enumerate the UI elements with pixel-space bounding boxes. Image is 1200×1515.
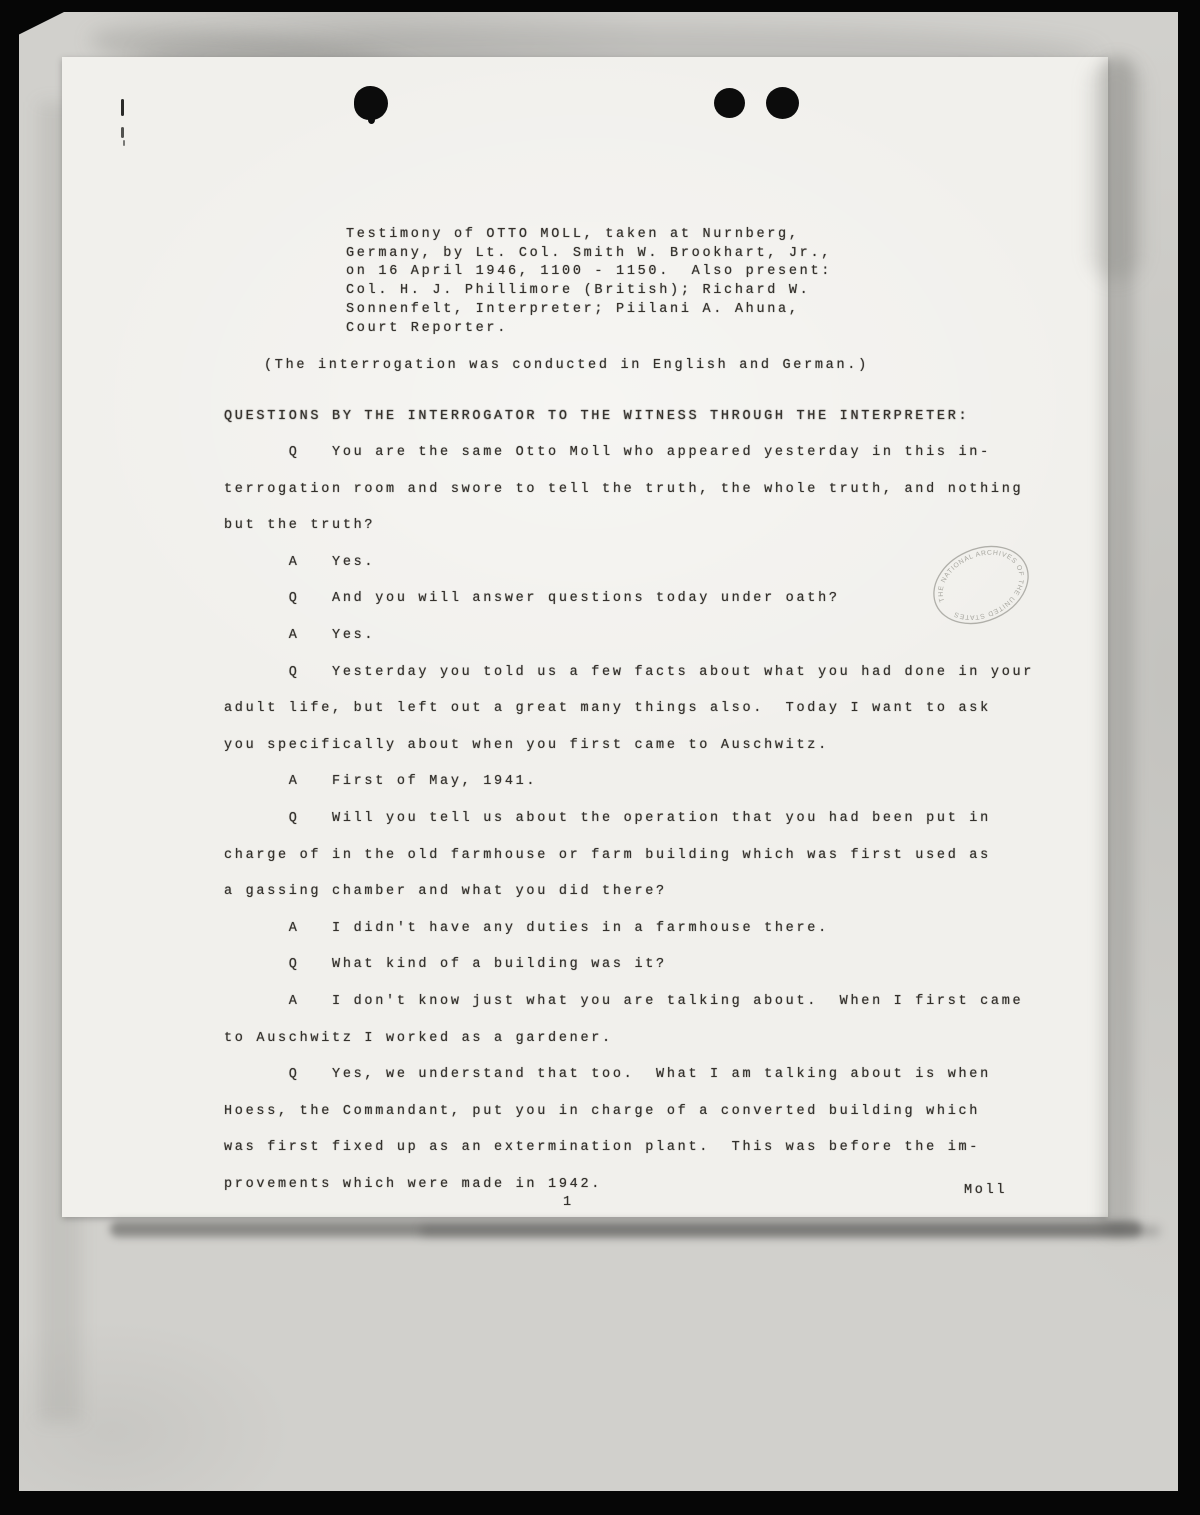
stamp-text: THE NATIONAL ARCHIVES OF THE UNITED STAT…	[926, 536, 1035, 633]
witness-name-footer: Moll	[964, 1182, 1007, 1200]
document-page: Testimony of OTTO MOLL, taken at Nurnber…	[62, 57, 1108, 1217]
hole-punch-icon	[714, 88, 745, 118]
hole-punch-icon	[766, 87, 799, 119]
scratch-mark	[121, 127, 124, 138]
scratch-mark	[121, 99, 124, 116]
scan-border-top	[0, 0, 1200, 12]
svg-text:THE NATIONAL ARCHIVES OF THE U: THE NATIONAL ARCHIVES OF THE UNITED STAT…	[926, 536, 1035, 633]
scanned-document: Testimony of OTTO MOLL, taken at Nurnber…	[0, 0, 1200, 1515]
scan-border-left	[0, 0, 19, 1515]
hole-punch-icon	[354, 86, 388, 120]
national-archives-stamp-icon: THE NATIONAL ARCHIVES OF THE UNITED STAT…	[913, 517, 1049, 653]
interrogation-note: (The interrogation was conducted in Engl…	[264, 357, 869, 376]
page-edge-shadow-light	[420, 1226, 1160, 1236]
page-number: 1	[563, 1194, 574, 1212]
scratch-mark	[123, 140, 125, 146]
testimony-header: Testimony of OTTO MOLL, taken at Nurnber…	[346, 226, 832, 338]
scan-border-bottom	[0, 1491, 1200, 1515]
scan-border-right	[1178, 0, 1200, 1515]
section-heading: QUESTIONS BY THE INTERROGATOR TO THE WIT…	[224, 408, 969, 427]
